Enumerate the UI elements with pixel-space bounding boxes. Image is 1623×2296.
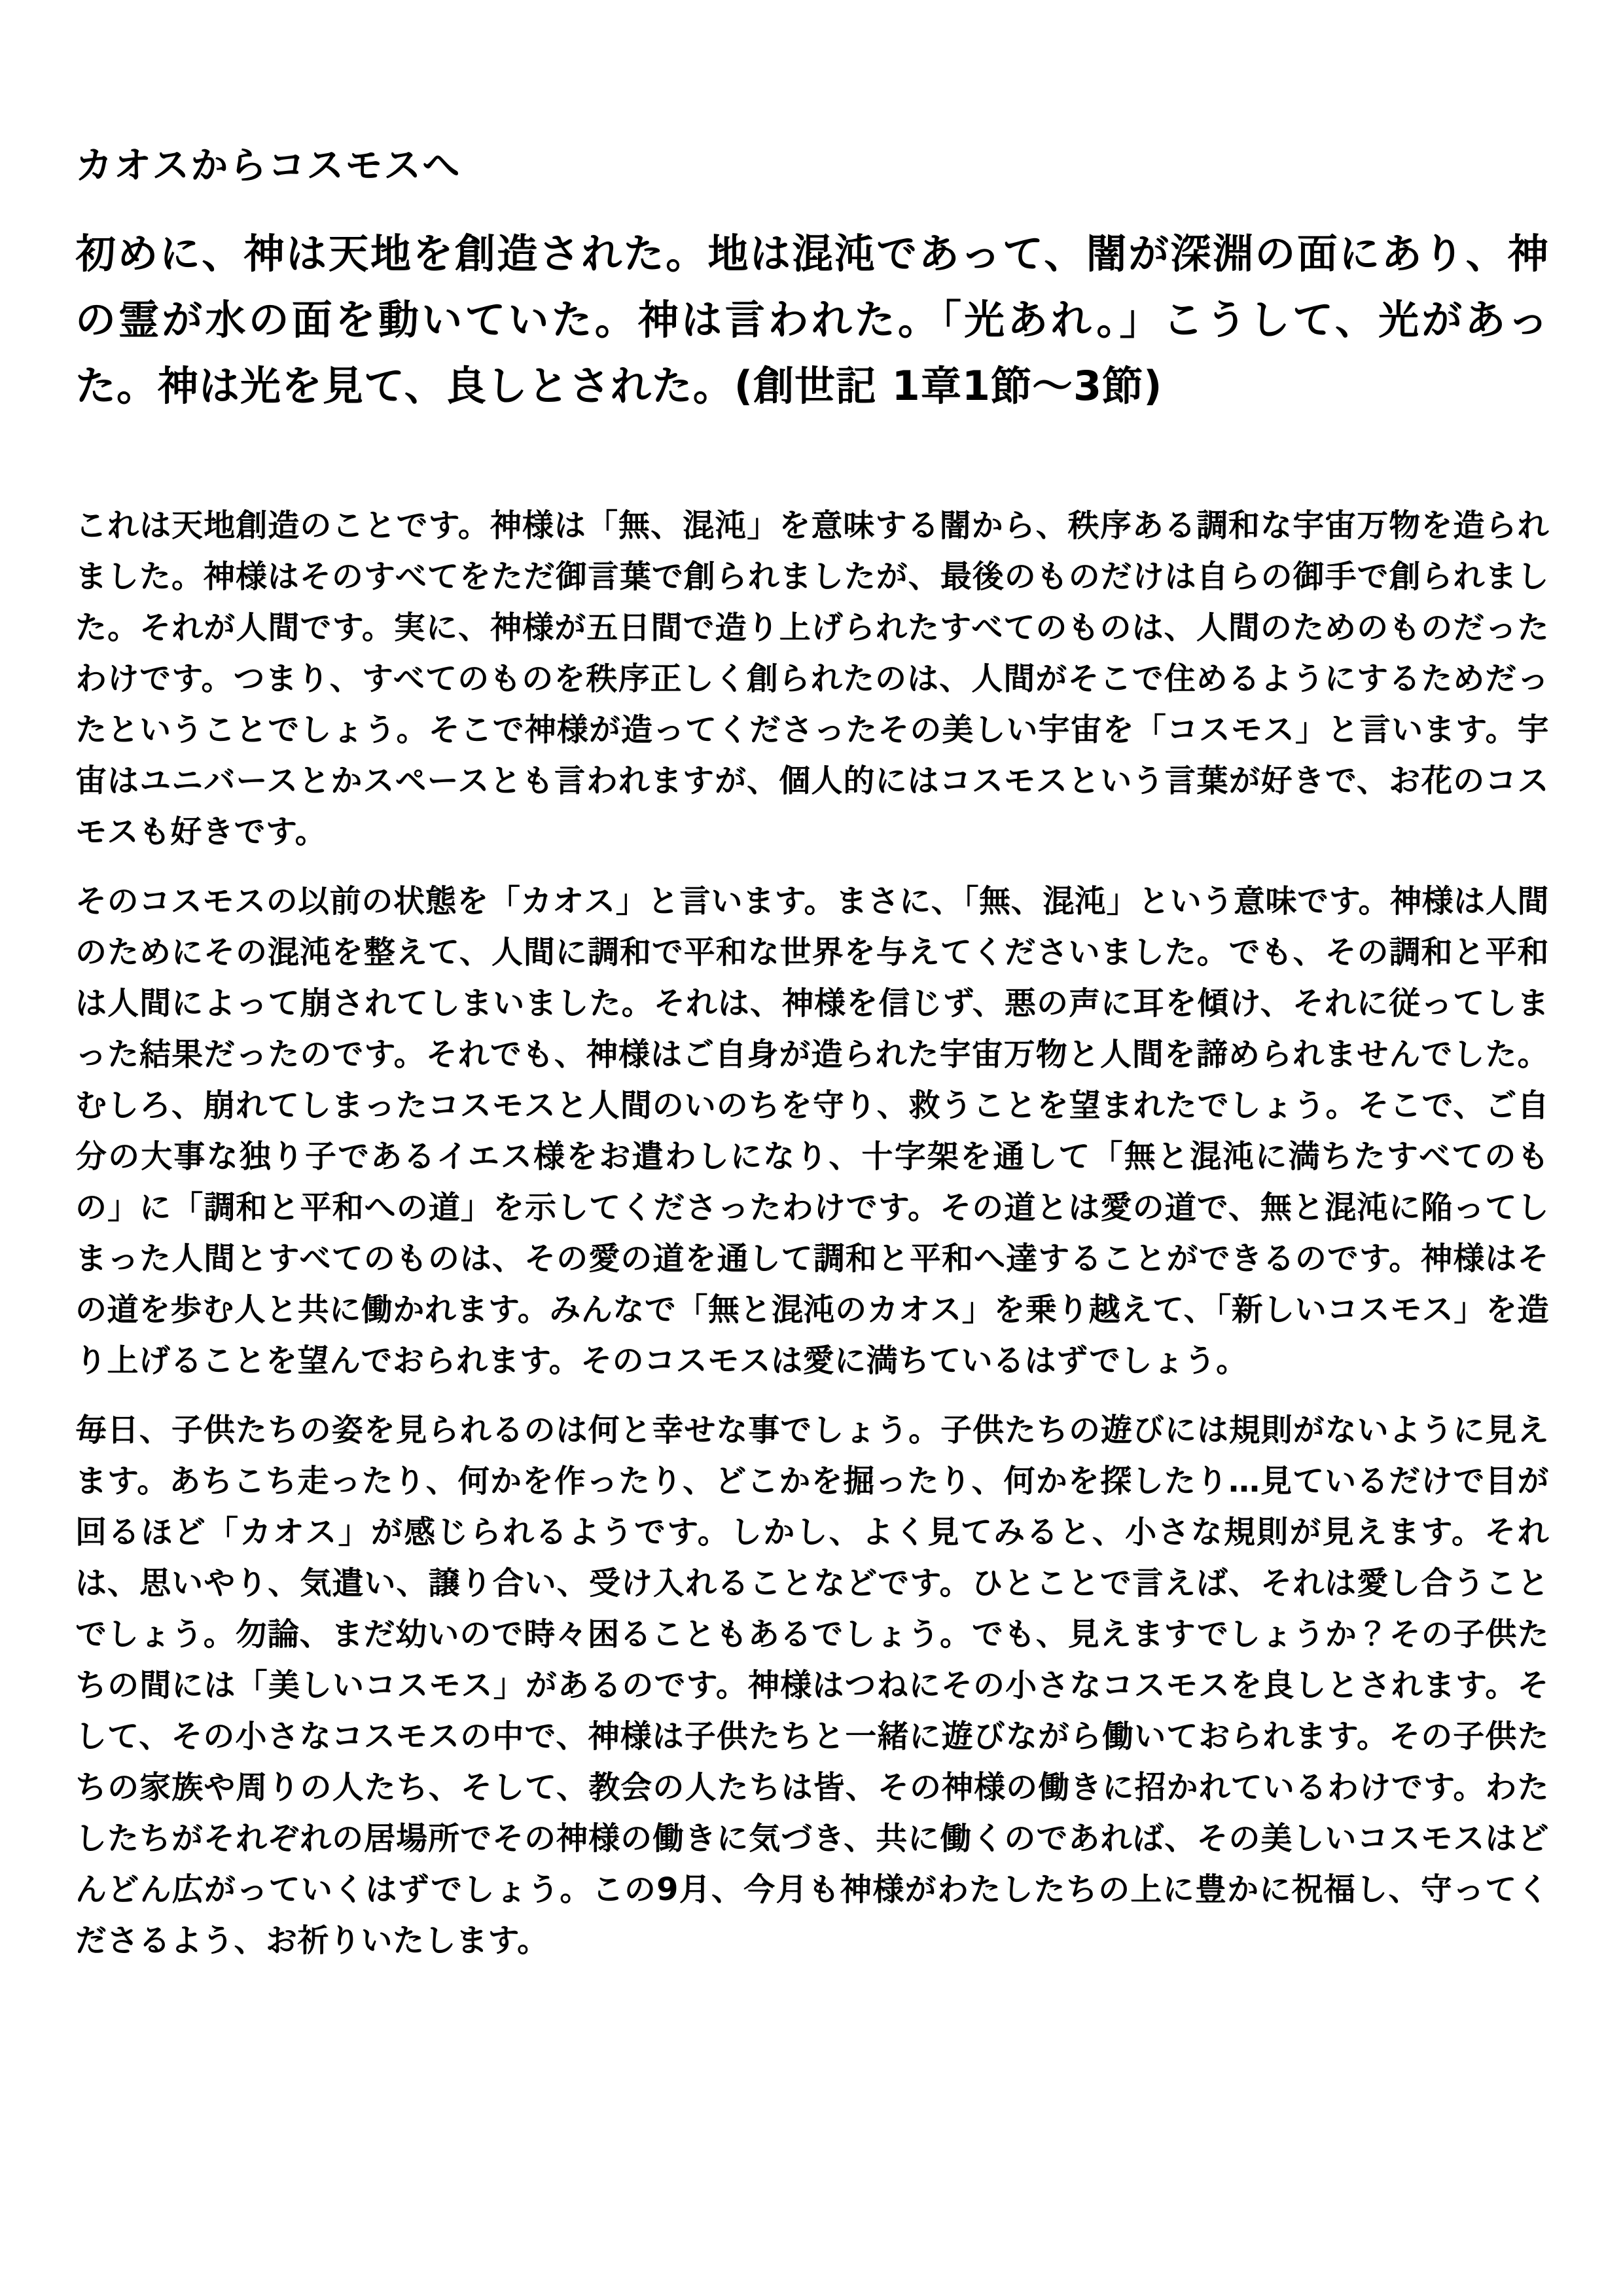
page-title: カオスからコスモスへ	[75, 145, 1549, 187]
body-paragraph-2: そのコスモスの以前の状態を「カオス」と言います。まさに、「無、混沌」という意味で…	[75, 876, 1549, 1386]
scripture-quote: 初めに、神は天地を創造された。地は混沌であって、闇が深淵の面にあり、神の霊が水の…	[75, 221, 1549, 419]
document-page: カオスからコスモスへ 初めに、神は天地を創造された。地は混沌であって、闇が深淵の…	[0, 0, 1623, 2296]
body-text: これは天地創造のことです。神様は「無、混沌」を意味する闇から、秩序ある調和な宇宙…	[75, 500, 1549, 1966]
body-paragraph-1: これは天地創造のことです。神様は「無、混沌」を意味する闇から、秩序ある調和な宇宙…	[75, 500, 1549, 857]
body-paragraph-3: 毎日、子供たちの姿を見られるのは何と幸せな事でしょう。子供たちの遊びには規則がな…	[75, 1405, 1549, 1966]
